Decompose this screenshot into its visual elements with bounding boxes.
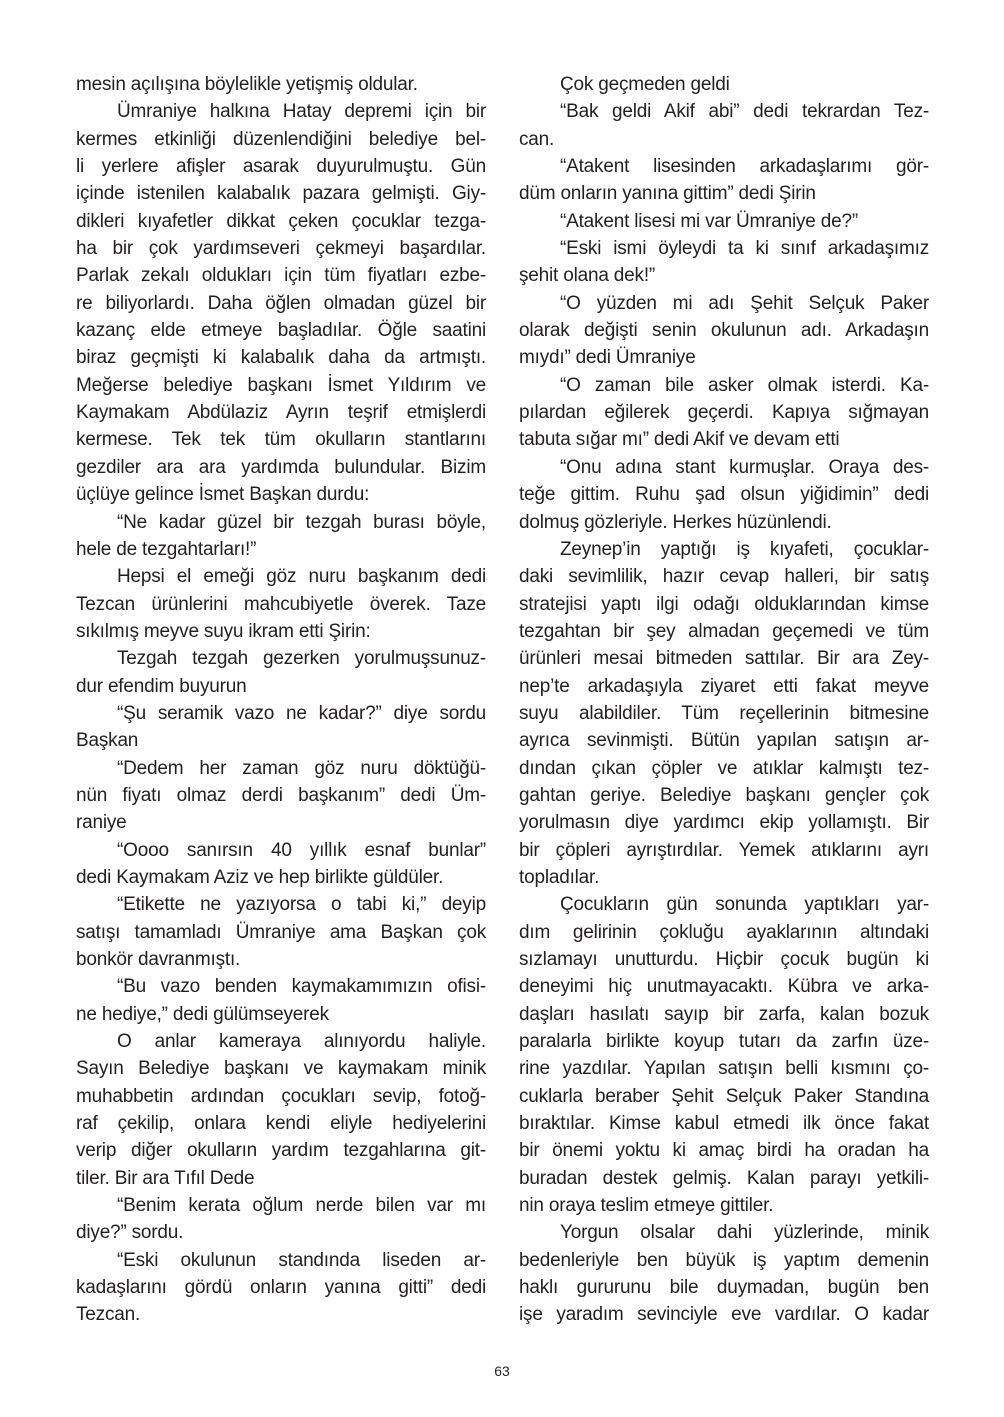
text-line: verip diğer okulların yardım tezgahların…: [76, 1137, 486, 1164]
text-line: diye?” sordu.: [76, 1219, 486, 1246]
text-line: “Atakent lisesi mi var Ümraniye de?”: [519, 208, 929, 235]
text-line: Çok geçmeden geldi: [519, 71, 929, 98]
text-line: can.: [519, 126, 929, 153]
text-line: “Ne kadar güzel bir tezgah burası böyle,: [76, 509, 486, 536]
text-line: cuklarla beraber Şehit Selçuk Paker Stan…: [519, 1083, 929, 1110]
text-line: yorulmasın diye yardımcı ekip yollamıştı…: [519, 809, 929, 836]
text-line: nin oraya teslim etmeye gittiler.: [519, 1192, 929, 1219]
text-line: Hepsi el emeği göz nuru başkanım dedi: [76, 563, 486, 590]
text-line: raniye: [76, 809, 486, 836]
text-line: dolmuş gözleriyle. Herkes hüzünlendi.: [519, 509, 929, 536]
text-line: ürünleri mesai bitmeden sattılar. Bir ar…: [519, 645, 929, 672]
text-line: biraz geçmişti ki kalabalık daha da artm…: [76, 344, 486, 371]
text-line: raf çekilip, onlara kendi eliyle hediyel…: [76, 1110, 486, 1137]
text-line: haklı gururunu bile duymadan, bugün ben: [519, 1274, 929, 1301]
page-number: 63: [0, 1363, 1004, 1379]
text-line: bir önemi yoktu ki amaç birdi ha oradan …: [519, 1137, 929, 1164]
text-line: “Onu adına stant kurmuşlar. Oraya des-: [519, 454, 929, 481]
text-line: Çocukların gün sonunda yaptıkları yar-: [519, 891, 929, 918]
text-line: dından çıkan çöpler ve atıklar kalmıştı …: [519, 755, 929, 782]
text-line: “Dedem her zaman göz nuru döktüğü-: [76, 755, 486, 782]
text-line: üçlüye gelince İsmet Başkan durdu:: [76, 481, 486, 508]
text-line: buradan destek gelmiş. Kalan parayı yetk…: [519, 1165, 929, 1192]
text-line: daşları hasılatı sayıp bir zarfa, kalan …: [519, 1001, 929, 1028]
text-line: “Benim kerata oğlum nerde bilen var mı: [76, 1192, 486, 1219]
text-line: “O zaman bile asker olmak isterdi. Ka-: [519, 372, 929, 399]
text-line: “Eski okulunun standında liseden ar-: [76, 1247, 486, 1274]
left-column: mesin açılışına böylelikle yetişmiş oldu…: [76, 71, 486, 1329]
text-line: daki sevimlilik, hazır cevap halleri, bi…: [519, 563, 929, 590]
text-line: paralarla birlikte koyup tutarı da zarfı…: [519, 1028, 929, 1055]
text-line: içinde istenilen kalabalık pazara gelmiş…: [76, 180, 486, 207]
text-line: tiler. Bir ara Tıfıl Dede: [76, 1165, 486, 1192]
text-line: deneyimi hiç unutmayacaktı. Kübra ve ark…: [519, 973, 929, 1000]
text-line: li yerlere afişler asarak duyurulmuştu. …: [76, 153, 486, 180]
text-line: “Oooo sanırsın 40 yıllık esnaf bunlar”: [76, 837, 486, 864]
text-line: tabuta sığar mı” dedi Akif ve devam etti: [519, 426, 929, 453]
text-line: stratejisi yaptı ilgi odağı olduklarında…: [519, 591, 929, 618]
text-line: hele de tezgahtarları!”: [76, 536, 486, 563]
text-line: bedenleriyle ben büyük iş yaptım demenin: [519, 1247, 929, 1274]
text-line: satışı tamamladı Ümraniye ama Başkan çok: [76, 919, 486, 946]
text-line: “Eski ismi öyleydi ta ki sınıf arkadaşım…: [519, 235, 929, 262]
text-line: Meğerse belediye başkanı İsmet Yıldırım …: [76, 372, 486, 399]
text-line: Zeynep’in yaptığı iş kıyafeti, çocuklar-: [519, 536, 929, 563]
text-line: kadaşlarını gördü onların yanına gitti” …: [76, 1274, 486, 1301]
book-page: mesin açılışına böylelikle yetişmiş oldu…: [0, 0, 1004, 1417]
text-line: bonkör davranmıştı.: [76, 946, 486, 973]
text-line: “Bak geldi Akif abi” dedi tekrardan Tez-: [519, 98, 929, 125]
text-line: “Şu seramik vazo ne kadar?” diye sordu: [76, 700, 486, 727]
text-line: mıydı” dedi Ümraniye: [519, 344, 929, 371]
text-line: Tezcan.: [76, 1301, 486, 1328]
text-line: dım gelirinin çokluğu ayaklarının altınd…: [519, 919, 929, 946]
text-line: sızlamayı unutturdu. Hiçbir çocuk bugün …: [519, 946, 929, 973]
text-line: kermes etkinliği düzenlendiğini belediye…: [76, 126, 486, 153]
text-line: bıraktılar. Kimse kabul etmedi ilk önce …: [519, 1110, 929, 1137]
text-line: re biliyorlardı. Daha öğlen olmadan güze…: [76, 290, 486, 317]
text-line: ayrıca sevinmişti. Bütün yapılan satışın…: [519, 727, 929, 754]
text-line: kermese. Tek tek tüm okulların stantları…: [76, 426, 486, 453]
text-line: Kaymakam Abdülaziz Ayrın teşrif etmişler…: [76, 399, 486, 426]
text-line: O anlar kameraya alınıyordu haliyle.: [76, 1028, 486, 1055]
text-line: ha bir çok yardımseveri çekmeyi başardıl…: [76, 235, 486, 262]
text-line: “Bu vazo benden kaymakamımızın ofisi-: [76, 973, 486, 1000]
text-line: Yorgun olsalar dahi yüzlerinde, minik: [519, 1219, 929, 1246]
text-line: pılardan eğilerek geçerdi. Kapıya sığmay…: [519, 399, 929, 426]
text-line: kazanç elde etmeye başladılar. Öğle saat…: [76, 317, 486, 344]
text-line: ne hediye,” dedi gülümseyerek: [76, 1001, 486, 1028]
text-line: topladılar.: [519, 864, 929, 891]
text-line: işe yaradım sevinciyle eve vardılar. O k…: [519, 1301, 929, 1328]
text-line: olarak değişti senin okulunun adı. Arkad…: [519, 317, 929, 344]
text-line: dur efendim buyurun: [76, 673, 486, 700]
text-line: sıkılmış meyve suyu ikram etti Şirin:: [76, 618, 486, 645]
text-line: bir çöpleri ayrıştırdılar. Yemek atıklar…: [519, 837, 929, 864]
text-line: dikleri kıyafetler dikkat çeken çocuklar…: [76, 208, 486, 235]
text-line: Tezgah tezgah gezerken yorulmuşsunuz-: [76, 645, 486, 672]
text-line: Sayın Belediye başkanı ve kaymakam minik: [76, 1055, 486, 1082]
text-line: Başkan: [76, 727, 486, 754]
text-line: rine yazdılar. Yapılan satışın belli kıs…: [519, 1055, 929, 1082]
text-line: düm onların yanına gittim” dedi Şirin: [519, 180, 929, 207]
text-line: dedi Kaymakam Aziz ve hep birlikte güldü…: [76, 864, 486, 891]
text-line: Tezcan ürünlerini mahcubiyetle överek. T…: [76, 591, 486, 618]
text-line: gezdiler ara ara yardımda bulundular. Bi…: [76, 454, 486, 481]
text-line: “Etikette ne yazıyorsa o tabi ki,” deyip: [76, 891, 486, 918]
text-line: mesin açılışına böylelikle yetişmiş oldu…: [76, 71, 486, 98]
text-line: nün fiyatı olmaz derdi başkanım” dedi Üm…: [76, 782, 486, 809]
text-line: nep’te arkadaşıyla ziyaret etti fakat me…: [519, 673, 929, 700]
text-line: gahtan geriye. Belediye başkanı gençler …: [519, 782, 929, 809]
text-line: Parlak zekalı oldukları için tüm fiyatla…: [76, 262, 486, 289]
text-line: suyu alabildiler. Tüm reçellerinin bitme…: [519, 700, 929, 727]
text-line: muhabbetin ardından çocukları sevip, fot…: [76, 1083, 486, 1110]
text-line: “O yüzden mi adı Şehit Selçuk Paker: [519, 290, 929, 317]
text-line: teğe gittim. Ruhu şad olsun yiğidimin” d…: [519, 481, 929, 508]
text-line: tezgahtan bir şey almadan geçemedi ve tü…: [519, 618, 929, 645]
text-line: “Atakent lisesinden arkadaşlarımı gör-: [519, 153, 929, 180]
text-line: Ümraniye halkına Hatay depremi için bir: [76, 98, 486, 125]
right-column: Çok geçmeden geldi“Bak geldi Akif abi” d…: [519, 71, 929, 1329]
text-line: şehit olana dek!”: [519, 262, 929, 289]
